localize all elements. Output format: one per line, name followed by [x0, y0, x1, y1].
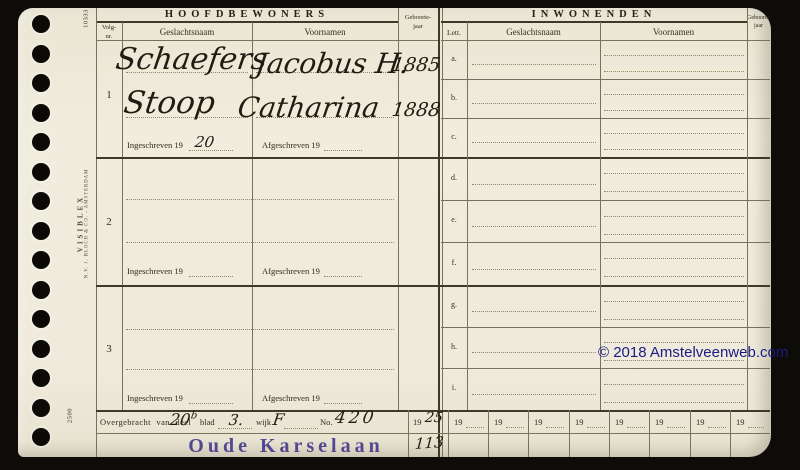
punch-hole — [32, 104, 50, 122]
year-cell-label: 19 — [696, 417, 705, 427]
column-line — [467, 22, 468, 410]
punch-hole — [32, 428, 50, 446]
fill-in-dots — [708, 427, 726, 428]
write-line — [604, 301, 744, 302]
fill-in-dots — [189, 403, 233, 404]
letter-row-line — [441, 327, 770, 328]
fill-in-dots — [324, 276, 362, 277]
blad-label: blad — [200, 417, 215, 427]
write-line — [604, 94, 744, 95]
footer-cell-line — [730, 410, 731, 457]
year-cell-label: 19 — [655, 417, 664, 427]
footer-cell-line — [609, 410, 610, 457]
handwritten-house-number: 113 — [414, 433, 444, 453]
footer-cell-line — [569, 410, 570, 457]
year-cell-label: 19 — [534, 417, 543, 427]
footer-cell-line — [528, 410, 529, 457]
printer-imprint: VISIBLEX N.V. J. BLOCH & CO. - AMSTERDAM — [77, 164, 90, 284]
registered-label: Ingeschreven 19 — [127, 140, 183, 150]
column-header-firstnames: Voornamen — [600, 27, 747, 37]
deregistered-label: Afgeschreven 19 — [262, 266, 320, 276]
write-line — [604, 55, 744, 56]
row-separator — [96, 157, 770, 159]
letter-label: c. — [441, 132, 467, 141]
write-line — [126, 369, 394, 370]
punch-hole — [32, 369, 50, 387]
row-number: 3 — [96, 343, 122, 355]
write-line — [604, 216, 744, 217]
footer-cell-line — [690, 410, 691, 457]
punch-hole — [32, 45, 50, 63]
row-number: 1 — [96, 89, 122, 101]
year-cell-label: 19 — [413, 417, 422, 427]
printer-brand: VISIBLEX — [77, 195, 85, 252]
fill-in-dots — [284, 428, 318, 429]
write-line — [472, 269, 596, 270]
write-line — [126, 199, 394, 200]
punch-hole — [32, 222, 50, 240]
no-label: No. — [320, 417, 333, 427]
write-line — [604, 342, 744, 343]
write-line — [604, 234, 744, 235]
letter-label: h. — [441, 342, 467, 351]
printer-name: N.V. J. BLOCH & CO. - AMSTERDAM — [85, 169, 90, 279]
punch-hole — [32, 399, 50, 417]
title-underline — [96, 21, 398, 23]
column-header-birthyear: Geboorte- jaar — [398, 14, 438, 32]
write-line — [472, 184, 596, 185]
wijk-label: wijk — [256, 417, 271, 427]
letter-row-line — [441, 368, 770, 369]
letter-label: i. — [441, 383, 467, 392]
write-line — [472, 103, 596, 104]
column-header-birthyear: Geboorte- jaar — [747, 14, 770, 30]
fill-in-dots — [627, 427, 645, 428]
deregistered-label: Afgeschreven 19 — [262, 140, 320, 150]
fill-in-dots — [667, 427, 685, 428]
column-header-firstnames: Voornamen — [252, 27, 398, 37]
write-line — [472, 64, 596, 65]
handwritten-birthyear-1: 1885 — [390, 54, 441, 76]
write-line — [472, 142, 596, 143]
column-line — [252, 22, 253, 410]
letter-label: f. — [441, 258, 467, 267]
write-line — [604, 258, 744, 259]
row-number: 2 — [96, 216, 122, 228]
fill-in-dots — [466, 427, 484, 428]
punch-hole — [32, 310, 50, 328]
write-line — [472, 226, 596, 227]
letter-row-line — [441, 242, 770, 243]
column-header-volgnr: Volg- nr. — [96, 24, 122, 42]
row-separator — [96, 285, 770, 287]
left-page-title: HOOFDBEWONERS — [96, 9, 398, 20]
handwritten-registered-year: 20 — [194, 133, 216, 151]
write-line — [126, 242, 394, 243]
punch-hole — [32, 74, 50, 92]
write-line — [472, 352, 596, 353]
handwritten-surname-1: Schaefers — [114, 42, 270, 77]
write-line — [604, 402, 744, 403]
write-line — [604, 149, 744, 150]
write-line — [604, 191, 744, 192]
handwritten-year: 25 — [424, 410, 444, 426]
year-cell-label: 19 — [615, 417, 624, 427]
handwritten-blad: 3. — [228, 411, 245, 429]
write-line — [604, 319, 744, 320]
header-row-line — [441, 40, 770, 41]
handwritten-firstnames-2: Catharina — [236, 91, 382, 124]
letter-label: b. — [441, 93, 467, 102]
punch-hole — [32, 192, 50, 210]
punch-hole — [32, 340, 50, 358]
column-line — [122, 22, 123, 410]
handwritten-surname-2: Stoop — [121, 85, 217, 121]
year-cell-label: 19 — [454, 417, 463, 427]
column-header-surname: Geslachtsnaam — [467, 27, 600, 37]
column-header-surname: Geslachtsnaam — [122, 27, 252, 37]
footer-cell-line — [448, 410, 449, 457]
letter-label: g. — [441, 300, 467, 309]
footer-cell-line — [649, 410, 650, 457]
registered-label: Ingeschreven 19 — [127, 393, 183, 403]
write-line — [604, 276, 744, 277]
fill-in-dots — [587, 427, 605, 428]
scanned-register-card-page: 10333 VISIBLEX N.V. J. BLOCH & CO. - AMS… — [0, 0, 800, 470]
serial-number-top: 10333 — [83, 0, 90, 39]
table-border-left — [96, 8, 97, 457]
letter-label: d. — [441, 173, 467, 182]
street-name-stamp: Oude Karselaan — [130, 435, 442, 458]
write-line — [604, 384, 744, 385]
handwritten-birthyear-2: 1888 — [390, 99, 441, 121]
write-line — [604, 110, 744, 111]
fill-in-dots — [506, 427, 524, 428]
right-page-title: INWONENDEN — [441, 9, 747, 20]
letter-row-line — [441, 79, 770, 80]
registered-label: Ingeschreven 19 — [127, 266, 183, 276]
title-underline — [441, 21, 747, 23]
handwritten-number: 420 — [334, 408, 378, 428]
fill-in-dots — [324, 150, 362, 151]
letter-row-line — [441, 118, 770, 119]
letter-label: e. — [441, 215, 467, 224]
punch-hole — [32, 163, 50, 181]
letter-label: a. — [441, 54, 467, 63]
footer-cell-line — [488, 410, 489, 457]
fill-in-dots — [189, 276, 233, 277]
header-row-line — [96, 40, 438, 41]
handwritten-deel: 20b — [169, 410, 198, 429]
serial-number-bottom: 2500 — [67, 396, 74, 436]
copyright-watermark: © 2018 Amstelveenweb.com — [598, 344, 788, 361]
punch-hole — [32, 251, 50, 269]
write-line — [604, 173, 744, 174]
punch-hole — [32, 281, 50, 299]
punch-hole — [32, 133, 50, 151]
fill-in-dots — [324, 403, 362, 404]
fill-in-dots — [748, 427, 764, 428]
year-cell-label: 19 — [494, 417, 503, 427]
handwritten-firstnames-1: Jacobus H. — [254, 47, 412, 80]
write-line — [604, 71, 744, 72]
punch-hole — [32, 15, 50, 33]
year-cell-label: 19 — [736, 417, 745, 427]
column-header-letter: Lett. — [441, 28, 467, 37]
write-line — [604, 133, 744, 134]
write-line — [126, 329, 394, 330]
write-line — [472, 394, 596, 395]
write-line — [472, 311, 596, 312]
fill-in-dots — [546, 427, 564, 428]
letter-row-line — [441, 200, 770, 201]
year-cell-label: 19 — [575, 417, 584, 427]
deregistered-label: Afgeschreven 19 — [262, 393, 320, 403]
